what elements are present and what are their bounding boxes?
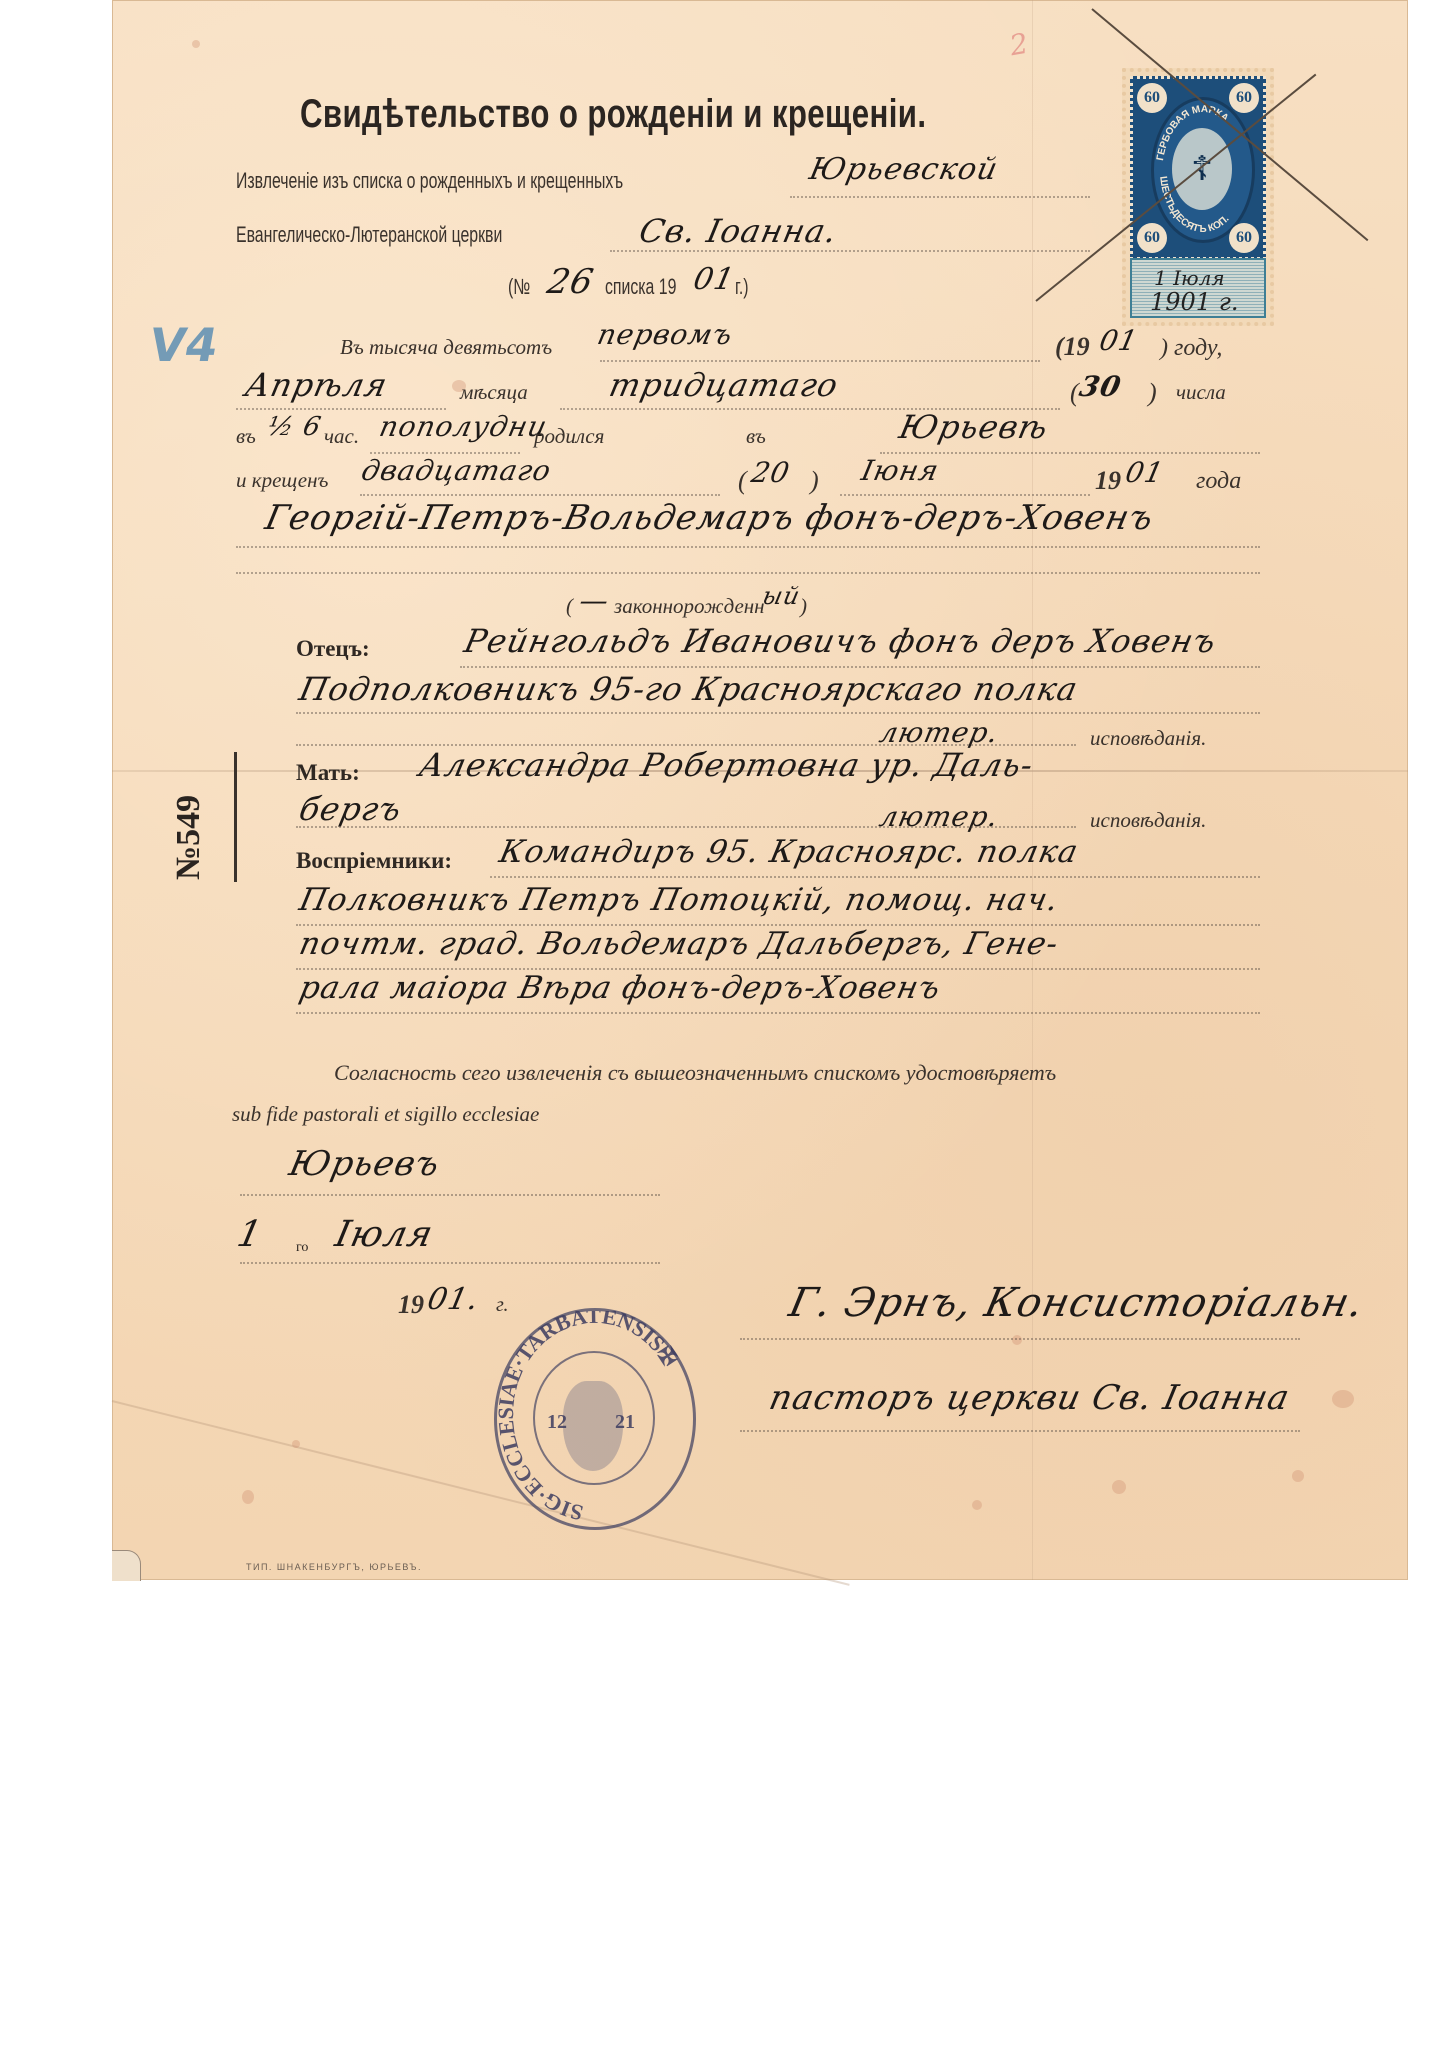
dog-ear-corner [112,1550,141,1581]
dotted-line [240,1194,660,1196]
stamp-denomination: 60 [1229,83,1259,113]
church-value: Св. Іоанна. [636,212,841,250]
birth-month-value: Апрѣля [242,366,391,404]
godparent-line: Командиръ 95. Красноярс. полка [496,834,1082,870]
birth-year-digits-prefix: (19 [1055,332,1090,362]
foxing-spot [1332,1390,1354,1408]
foxing-spot [1292,1470,1304,1482]
registry-brace [228,752,237,882]
mother-confession: лютер. [876,800,1001,833]
hour-prefix: въ [236,424,256,449]
dotted-line [240,1262,660,1264]
paren-close: ) [810,466,819,496]
mother-label: Мать: [296,760,360,786]
dotted-line [296,1012,1260,1014]
stamp-cancel-date: 1 Іюля [1154,266,1225,290]
godparent-line: рала маіора Вѣра фонъ-деръ-Ховенъ [296,970,944,1006]
hour-label: час. [324,424,359,449]
birth-year-label: Въ тысяча девятьсотъ [340,335,552,360]
dotted-line [360,494,720,496]
dotted-line [840,494,1090,496]
child-name: Георгій-Петръ-Вольдемаръ фонъ-деръ-Ховен… [262,498,1158,538]
bishop-mitre-emblem-icon [563,1381,623,1471]
dotted-line [600,360,1040,362]
seal-year-left: 12 [547,1411,567,1434]
time-of-day: пополудни [376,410,550,443]
father-label: Отецъ: [296,636,370,662]
issue-month: Іюля [332,1214,437,1255]
list-number-suffix: г.) [735,274,749,300]
dotted-line [460,666,1260,668]
paper-crease [112,1400,850,1586]
dotted-line [490,876,1260,878]
dotted-line [740,1338,1300,1340]
church-seal: SIG·ECCLESIAE·TARBATENSIS✠ 12 21 [494,1308,696,1530]
baptism-label: и крещенъ [236,468,328,493]
mother-name-continued: бергъ [296,790,406,828]
baptism-day-words: двадцатаго [358,454,554,487]
seal-year-right: 21 [615,1411,635,1434]
issue-day-suffix: го [296,1240,308,1256]
legitimacy-paren-open: ( [566,594,573,619]
parish-value: Юрьевской [806,152,1001,187]
extract-label: Извлеченіе изъ списка о рожденныхъ и кре… [236,168,623,194]
birth-day-digits: 30 [1076,370,1124,403]
birth-year-suffix: ) году, [1160,335,1222,362]
father-rank: Подполковникъ 95-го Красноярскаго полка [296,670,1082,708]
issue-place: Юрьевъ [286,1144,444,1184]
paren-open: ( [1070,378,1079,408]
stamp-denomination: 60 [1229,223,1259,253]
registry-number: №549 [170,795,208,880]
birth-year-digits: 01 [1096,324,1141,357]
godparent-line: почтм. град. Вольдемаръ Дальбергъ, Гене- [296,926,1062,962]
dotted-line [790,196,1090,198]
baptism-year-label: года [1196,468,1241,495]
foxing-spot [1112,1480,1126,1494]
mother-name: Александра Робертовна ур. Даль- [416,746,1037,784]
place-prefix: въ [746,424,766,449]
list-year-value: 01 [690,262,738,297]
dotted-line [740,1430,1300,1432]
stamp-cancel-year: 1901 г. [1150,288,1238,316]
document-title: Свидѣтельство о рожденіи и крещеніи. [300,92,926,137]
revenue-stamp: ГЕРБОВАЯ МАРКА ШЕСТЬДЕСЯТЪ КОП. ☦ 60 60 … [1122,68,1274,326]
double-headed-eagle-icon: ☦ [1172,128,1232,210]
church-label: Евангелическо-Лютеранской церкви [236,222,502,248]
list-number-middle: списка 19 [605,274,676,300]
stamp-denomination: 60 [1137,223,1167,253]
printer-imprint: ТИП. ШНАКЕНБУРГЪ, ЮРЬЕВЪ. [246,1562,422,1572]
father-name: Рейнгольдъ Ивановичъ фонъ деръ Ховенъ [461,622,1220,660]
godparent-line: Полковникъ Петръ Потоцкій, помощ. нач. [296,882,1062,918]
baptism-day-digits: 20 [748,456,793,489]
issue-year-prefix: 19 [398,1290,424,1320]
legitimacy-paren-close: ) [800,594,807,619]
paper-fold-vertical [1032,0,1033,1580]
list-number-prefix: (№ [508,274,530,300]
birth-month-label: мѣсяца [460,380,528,405]
pastor-title: пасторъ церкви Св. Іоанна [766,1378,1294,1418]
issue-year-digits: 01. [424,1282,482,1317]
foxing-spot [292,1440,300,1448]
stamp-cancel-panel: 1 Іюля 1901 г. [1130,258,1266,318]
blue-pencil-mark: V4 [145,318,222,372]
dotted-line [610,250,1090,252]
list-number-value: 26 [544,262,598,302]
born-label: родился [534,424,604,449]
hour-value: ½ 6 [265,412,324,442]
mother-confession-label: исповѣданія. [1090,808,1206,833]
certification-latin: sub fide pastorali et sigillo ecclesiae [232,1102,539,1127]
pastor-signature: Г. Эрнъ, Консисторіальн. [785,1280,1368,1326]
stamp-oval: ГЕРБОВАЯ МАРКА ШЕСТЬДЕСЯТЪ КОП. ☦ [1151,97,1255,243]
foxing-spot [972,1500,982,1510]
certification-text: Согласность сего извлеченія съ вышеознач… [334,1060,1056,1086]
father-confession-label: исповѣданія. [1090,726,1206,751]
dotted-line [296,826,1076,828]
baptism-year-prefix: 19 [1095,466,1121,496]
foxing-spot [1012,1335,1022,1345]
paren-close: ) [1148,378,1157,408]
foxing-spot [192,40,200,48]
legitimacy-ending: ый [760,582,803,610]
dotted-line [236,546,1260,548]
dotted-line [296,712,1260,714]
baptism-month-value: Іюня [858,454,942,487]
godparents-label: Воспріемники: [296,848,452,874]
baptism-year-digits: 01 [1122,456,1167,489]
legitimacy-label: законнорожденн [614,594,765,619]
birth-day-words: тридцатаго [606,366,842,404]
place-value: Юрьевѣ [896,408,1052,446]
stamp-denomination: 60 [1137,83,1167,113]
birth-year-words: первомъ [594,318,736,351]
dotted-line [236,572,1260,574]
paren-open: ( [738,466,747,496]
foxing-spot [242,1490,254,1504]
birth-day-label: числа [1176,380,1226,405]
